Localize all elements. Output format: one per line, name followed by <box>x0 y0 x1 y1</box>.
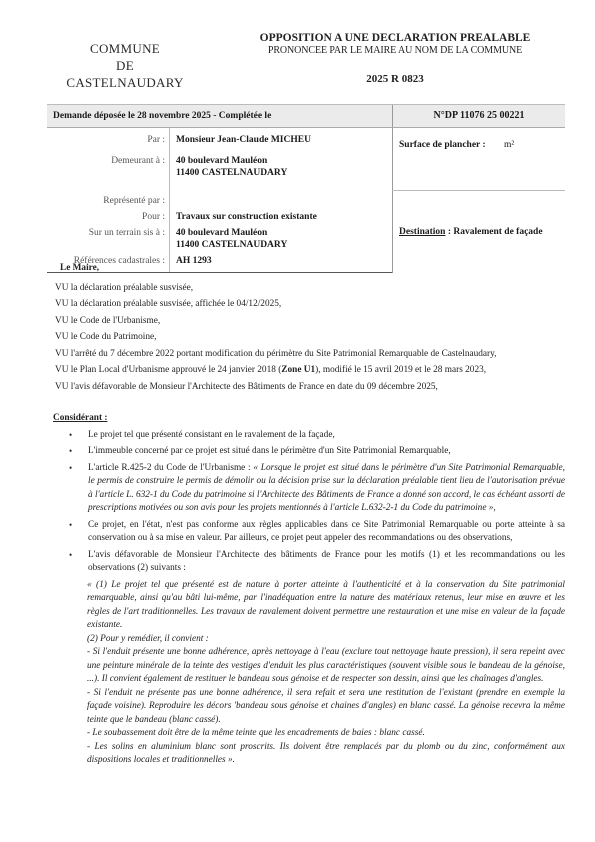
destination-value: : Ravalement de façade <box>445 227 542 237</box>
label-represented: Représenté par : <box>47 191 170 209</box>
value-purpose: Travaux sur construction existante <box>170 209 393 225</box>
value-represented <box>170 191 393 209</box>
plu-text-end: ), modifié le 15 avril 2019 et le 28 mar… <box>315 365 486 375</box>
considerant-item-article: L'article R.425-2 du Code de l'Urbanisme… <box>75 462 565 516</box>
application-info-table: Demande déposée le 28 novembre 2025 - Co… <box>47 104 565 273</box>
vu-item: VU le Code de l'Urbanisme, <box>55 315 565 329</box>
vu-item: VU le Code du Patrimoine, <box>55 331 565 345</box>
commune-line: DE <box>55 57 195 74</box>
considerant-item: L'avis défavorable de Monsieur l'Archite… <box>75 549 565 576</box>
label-purpose: Pour : <box>47 209 170 225</box>
vu-item-plu: VU le Plan Local d'Urbanisme approuvé le… <box>55 364 565 378</box>
label-site: Sur un terrain sis à : <box>47 225 170 253</box>
label-par: Par : <box>47 128 170 150</box>
considerant-heading: Considérant : <box>53 412 565 426</box>
floor-area-label: Surface de plancher : <box>399 140 486 150</box>
considerant-item: Le projet tel que présenté consistant en… <box>75 429 565 443</box>
abf-opinion-quote: « (1) Le projet tel que présenté est de … <box>55 579 565 768</box>
document-title: OPPOSITION A UNE DECLARATION PREALABLE <box>225 32 565 45</box>
decision-body: Le Maire, VU la déclaration préalable su… <box>55 262 565 768</box>
quote-paragraph: - Les solins en aluminium blanc sont pro… <box>87 741 565 768</box>
floor-area-cell: Surface de plancher : m² <box>393 128 566 191</box>
value-site: 40 boulevard Mauléon 11400 CASTELNAUDARY <box>170 225 393 253</box>
quote-paragraph: - Le soubassement doit être de la même t… <box>87 727 565 741</box>
residence-street: 40 boulevard Mauléon <box>176 155 392 167</box>
quote-paragraph: « (1) Le projet tel que présenté est de … <box>87 579 565 633</box>
residence-city: 11400 CASTELNAUDARY <box>176 167 392 179</box>
site-city: 11400 CASTELNAUDARY <box>176 239 392 251</box>
considerant-item: L'immeuble concerné par ce projet est si… <box>75 445 565 459</box>
document-title-block: OPPOSITION A UNE DECLARATION PREALABLE P… <box>225 32 565 85</box>
value-applicant: Monsieur Jean-Claude MICHEU <box>170 128 393 150</box>
destination-label: Destination <box>399 227 445 237</box>
commune-line: COMMUNE <box>55 40 195 57</box>
quote-paragraph: (2) Pour y remédier, il convient : <box>87 633 565 647</box>
site-street: 40 boulevard Mauléon <box>176 227 392 239</box>
vu-item: VU la déclaration préalable susvisée, <box>55 282 565 296</box>
article-prefix: L'article R.425-2 du Code de l'Urbanisme… <box>88 463 253 473</box>
quote-paragraph: - Si l'enduit ne présente pas une bonne … <box>87 687 565 728</box>
document-subtitle: PRONONCEE PAR LE MAIRE AU NOM DE LA COMM… <box>225 45 565 57</box>
quote-paragraph: - Si l'enduit présente une bonne adhéren… <box>87 646 565 687</box>
submission-date: Demande déposée le 28 novembre 2025 - Co… <box>47 105 393 128</box>
destination-cell: Destination : Ravalement de façade <box>393 191 566 273</box>
vu-item: VU l'avis défavorable de Monsieur l'Arch… <box>55 381 565 395</box>
commune-line: CASTELNAUDARY <box>55 74 195 91</box>
vu-item: VU la déclaration préalable susvisée, af… <box>55 298 565 312</box>
floor-area-unit: m² <box>504 140 514 150</box>
plu-zone: Zone U1 <box>281 365 315 375</box>
dp-number: N°DP 11076 25 00221 <box>393 105 566 128</box>
label-residence: Demeurant à : <box>47 150 170 191</box>
considerant-list: Le projet tel que présenté consistant en… <box>55 429 565 576</box>
considerant-item: Ce projet, en l'état, n'est pas conforme… <box>75 519 565 546</box>
commune-heading: COMMUNE DE CASTELNAUDARY <box>55 40 195 91</box>
vu-item: VU l'arrêté du 7 décembre 2022 portant m… <box>55 348 565 362</box>
decision-number: 2025 R 0823 <box>225 73 565 85</box>
plu-text: VU le Plan Local d'Urbanisme approuvé le… <box>55 365 281 375</box>
mayor-heading: Le Maire, <box>55 262 565 276</box>
value-residence: 40 boulevard Mauléon 11400 CASTELNAUDARY <box>170 150 393 191</box>
